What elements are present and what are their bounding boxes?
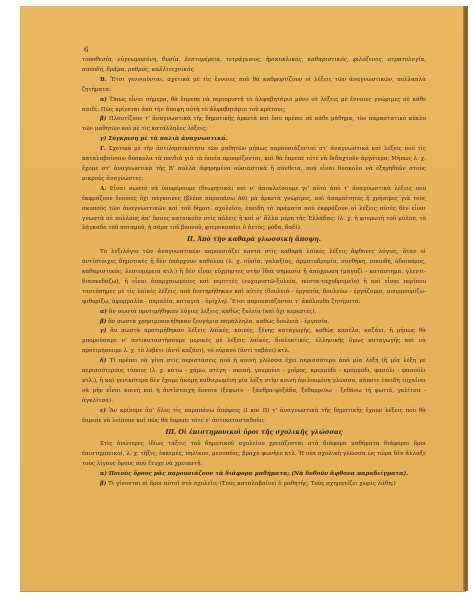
item-2-delta: δ) Τί πρέπει νὰ γίνη στὶς περιστάσεις πο…	[82, 357, 426, 407]
page-body: τοποθεσία, εὐγνωμοσύνη, θυσία, λεπτομέρε…	[82, 56, 426, 490]
paragraph-continuation: τοποθεσία, εὐγνωμοσύνη, θυσία, λεπτομέρε…	[82, 56, 426, 76]
page-number: 6	[84, 46, 88, 54]
section-d: Δ. Εἶναι σωστὸ νὰ ὑποφέρουμε (θεωρητικὰ)…	[82, 185, 426, 235]
item-b-alpha: α) Ὅπως εἶναι σήμερα, θὰ ἔπρεπε νὰ περιο…	[82, 96, 426, 116]
heading-section-3: III. Οἱ ἐπιστημονικοὶ ὅροι τῆς σχολικῆς …	[82, 428, 426, 438]
item-2-alpha: α) ἂν σωστὰ προτιμήθηκαν λόγιες λέξεις, …	[82, 308, 426, 318]
item-3-alpha: α) Ποιοὺς ὅρους μᾶς παρουσιάζουν τὰ διάφ…	[82, 470, 426, 480]
section-3-intro: Στὶς ἀνώτερες ἰδίως τάξεις τοῦ δημοτικοῦ…	[82, 440, 426, 470]
document-page: 6 τοποθεσία, εὐγνωμοσύνη, θυσία, λεπτομέ…	[20, 6, 466, 591]
section-2-intro: Τὸ λεξιλόγιο τῶν ἀναγνωστικῶν παρουσιάζε…	[82, 248, 426, 307]
item-b-beta: β) Πλουτίζουν τ’ ἀναγνωστικὰ τῆς δημοτικ…	[82, 115, 426, 135]
section-g: Γ. Σχετικὰ μὲ τὴν ἀντιληπτικότητα τῶν μα…	[82, 145, 426, 185]
item-2-gamma: γ) ἂν σωστὰ προτιμήθηκαν λέξεις λαϊκές, …	[82, 327, 426, 357]
item-2-beta: β) ἂν σωστὰ χρησιμοποιήθηκαν ζευγάρια πα…	[82, 318, 426, 328]
item-2-epsilon: ε) Ἂν κρίνομε ἀπ’ ὅλες τὶς παραπάνω ἀπόψ…	[82, 407, 426, 427]
heading-section-2: II. Ἀπὸ τὴν καθαρὰ γλωσσικὴ ἄποψη.	[82, 235, 426, 245]
item-3-beta: β) Τί γίνονται οἱ ὅροι αὐτοὶ στὸ σχολεῖο…	[82, 480, 426, 490]
section-b: Β. Ἔτσι γεννιοῦνται, σχετικὰ μὲ τὶς ἔννο…	[82, 76, 426, 96]
item-b-gamma: γ) Σύγκριση μὲ τὰ παλιὰ ἀναγνωστικά.	[82, 135, 426, 145]
